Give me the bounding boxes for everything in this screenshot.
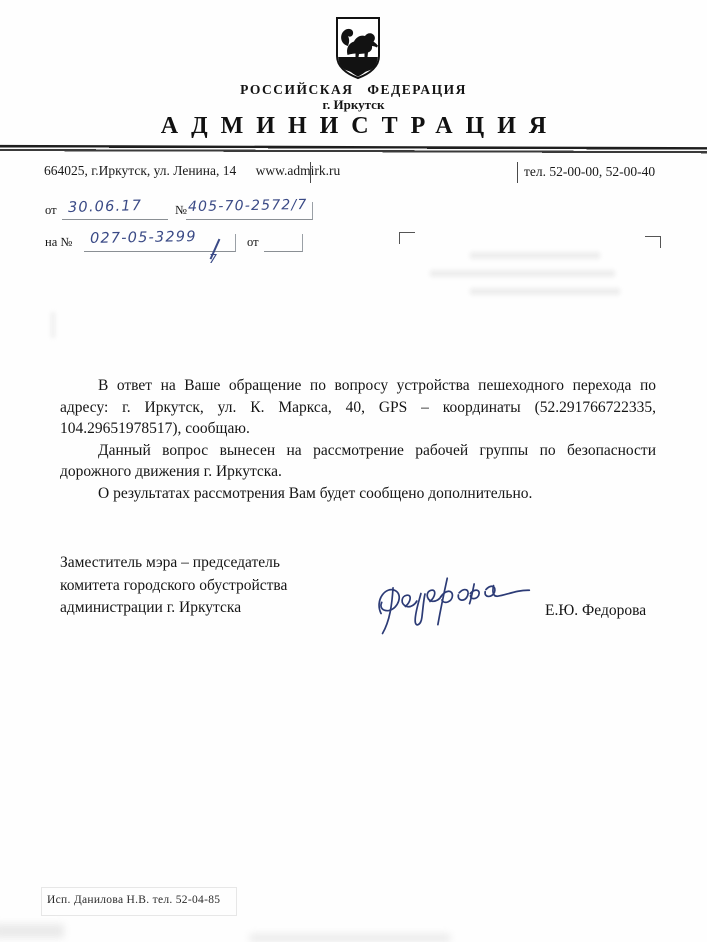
incoming-date-label: от bbox=[247, 235, 259, 250]
scan-smudge bbox=[0, 924, 64, 938]
letterhead-country: РОССИЙСКАЯ ФЕДЕРАЦИЯ bbox=[0, 82, 707, 98]
erased-text-artifact bbox=[430, 270, 615, 277]
incoming-number-fraction: 7 bbox=[209, 251, 218, 266]
phone-separator-bar bbox=[517, 162, 518, 183]
outgoing-date-handwritten: 30.06.17 bbox=[68, 198, 143, 216]
letterhead-org-title: АДМИНИСТРАЦИЯ bbox=[0, 113, 707, 140]
letterhead-double-rule bbox=[0, 145, 707, 154]
signer-position-line1: Заместитель мэра – председатель bbox=[60, 552, 380, 575]
postal-address: 664025, г.Иркутск, ул. Ленина, 14 bbox=[44, 163, 236, 178]
letter-body: В ответ на Ваше обращение по вопросу уст… bbox=[60, 375, 656, 504]
letterhead-city: г. Иркутск bbox=[0, 97, 707, 113]
letterhead-address-line: 664025, г.Иркутск, ул. Ленина, 14 www.ad… bbox=[44, 163, 340, 179]
signer-position-line3: администрации г. Иркутска bbox=[60, 597, 380, 620]
executor-line: Исп. Данилова Н.В. тел. 52-04-85 bbox=[47, 894, 220, 906]
incoming-number-handwritten: 027-05-3299 bbox=[90, 229, 197, 247]
outgoing-date-label: от bbox=[45, 203, 57, 218]
body-paragraph-1: В ответ на Ваше обращение по вопросу уст… bbox=[60, 375, 656, 440]
addressee-corner-mark-left bbox=[399, 232, 415, 244]
body-paragraph-2: Данный вопрос вынесен на рассмотрение ра… bbox=[60, 440, 656, 483]
erased-text-artifact bbox=[470, 252, 600, 259]
signer-name: Е.Ю. Федорова bbox=[545, 602, 646, 620]
irkutsk-coat-of-arms-icon bbox=[334, 15, 382, 81]
addressee-corner-mark-right bbox=[645, 236, 661, 248]
signer-position: Заместитель мэра – председатель комитета… bbox=[60, 552, 380, 620]
body-paragraph-3: О результатах рассмотрения Вам будет соо… bbox=[60, 483, 656, 505]
erased-text-artifact bbox=[470, 288, 620, 295]
letterhead-phone: тел. 52-00-00, 52-00-40 bbox=[524, 164, 655, 180]
scan-smudge bbox=[250, 934, 450, 942]
incoming-number-label: на № bbox=[45, 235, 72, 250]
incoming-date-field bbox=[264, 234, 303, 252]
website: www.admirk.ru bbox=[256, 163, 341, 178]
outgoing-number-handwritten: 405-70-2572/7 bbox=[188, 197, 308, 215]
scan-artifact bbox=[51, 312, 55, 338]
scanned-letter-page: РОССИЙСКАЯ ФЕДЕРАЦИЯ г. Иркутск АДМИНИСТ… bbox=[0, 0, 707, 942]
signer-position-line2: комитета городского обустройства bbox=[60, 575, 380, 598]
handwritten-signature bbox=[352, 562, 534, 640]
shield-base bbox=[338, 57, 378, 77]
address-separator-bar bbox=[310, 162, 311, 183]
